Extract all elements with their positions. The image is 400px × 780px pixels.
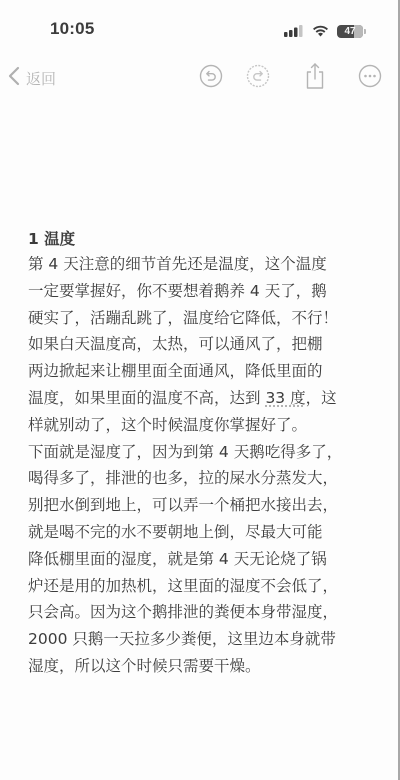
chevron-left-icon <box>8 66 20 90</box>
text-line: 湿度，所以这个时候只需要干燥。 <box>28 653 378 680</box>
article-content: 1 温度 第 4 天注意的细节首先还是温度，这个温度 一定要掌握好，你不要想着鹅… <box>28 227 378 680</box>
text-line: 就是喝不完的水不要朝地上倒，尽最大可能 <box>28 519 378 546</box>
back-button[interactable]: 返回 <box>8 64 56 92</box>
text-line: 只会高。因为这个鹅排泄的粪便本身带湿度， <box>28 599 378 626</box>
nav-bar: 返回 <box>0 60 400 96</box>
text-line: 炉还是用的加热机，这里面的湿度不会低了， <box>28 573 378 600</box>
text-line: 硬实了，活蹦乱跳了，温度给它降低，不行！ <box>28 305 378 332</box>
redo-icon <box>246 64 270 92</box>
status-bar: 10:05 47 <box>0 0 400 56</box>
text-line: 温度，如果里面的温度不高，达到 33 度，这 <box>28 385 378 412</box>
paragraph-humidity: 下面就是湿度了，因为到第 4 天鹅吃得多了， 喝得多了，排泄的也多，拉的屎水分蒸… <box>28 439 378 680</box>
text-line: 喝得多了，排泄的也多，拉的屎水分蒸发大， <box>28 465 378 492</box>
detected-measurement-link[interactable]: 33 度 <box>265 389 305 407</box>
status-time: 10:05 <box>50 19 94 39</box>
text-line: 样就别动了，这个时候温度你掌握好了。 <box>28 412 378 439</box>
text-segment: 温度，如果里面的温度不高，达到 <box>28 389 265 407</box>
cellular-signal-icon <box>284 22 304 41</box>
text-line: 别把水倒到地上，可以弄一个桶把水接出去， <box>28 492 378 519</box>
battery-tip <box>364 29 366 34</box>
battery-indicator: 47 <box>337 25 363 38</box>
text-line: 一定要掌握好，你不要想着鹅养 4 天了，鹅 <box>28 278 378 305</box>
section-title: 1 温度 <box>28 227 378 251</box>
text-segment: ，这 <box>306 389 337 407</box>
more-button[interactable] <box>356 64 384 92</box>
back-label: 返回 <box>26 68 56 89</box>
more-icon <box>358 64 382 92</box>
battery-level: 47 <box>344 26 355 37</box>
status-icons: 47 <box>284 22 366 41</box>
text-line: 降低棚里面的湿度，就是第 4 天无论烧了锅 <box>28 546 378 573</box>
text-line: 两边掀起来让棚里面全面通风，降低里面的 <box>28 358 378 385</box>
share-icon <box>304 62 326 94</box>
share-button[interactable] <box>301 64 329 92</box>
paragraph-temperature: 第 4 天注意的细节首先还是温度，这个温度 一定要掌握好，你不要想着鹅养 4 天… <box>28 251 378 439</box>
text-line: 第 4 天注意的细节首先还是温度，这个温度 <box>28 251 378 278</box>
redo-button[interactable] <box>244 64 272 92</box>
text-line: 2000 只鹅一天拉多少粪便，这里边本身就带 <box>28 626 378 653</box>
undo-button[interactable] <box>197 64 225 92</box>
wifi-icon <box>312 22 329 41</box>
text-line: 下面就是湿度了，因为到第 4 天鹅吃得多了， <box>28 439 378 466</box>
text-line: 如果白天温度高，太热，可以通风了，把棚 <box>28 331 378 358</box>
undo-icon <box>199 64 223 92</box>
